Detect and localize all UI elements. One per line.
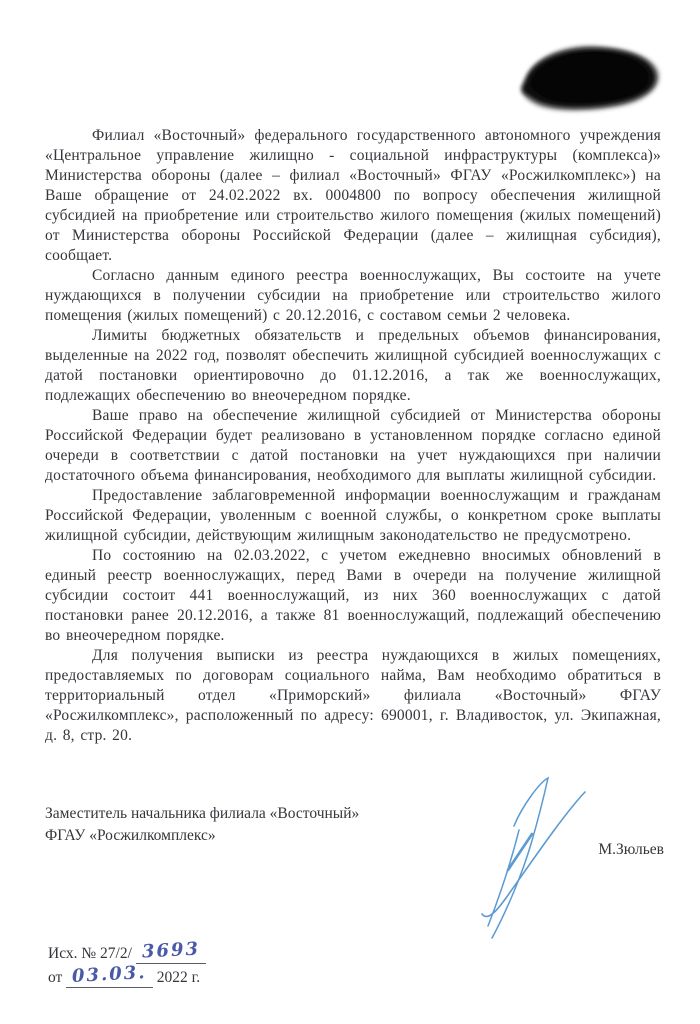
letter-paragraph: Ваше право на обеспечение жилищной субси…: [45, 406, 661, 486]
letter-paragraph: Для получения выписки из реестра нуждающ…: [45, 646, 661, 746]
outgoing-ref-block: Исх. № 27/2/ 3693 от 03.03. 2022 г.: [48, 942, 348, 990]
signature-stroke: [472, 766, 597, 946]
letter-paragraph: По состоянию на 02.03.2022, с учетом еже…: [45, 546, 661, 646]
outgoing-date-label: от: [48, 969, 62, 986]
letter-paragraph: Филиал «Восточный» федерального государс…: [45, 126, 661, 266]
outgoing-number-row: Исх. № 27/2/ 3693: [48, 942, 348, 966]
letter-page: Филиал «Восточный» федерального государс…: [0, 0, 700, 1024]
outgoing-number-label: Исх. № 27/2/: [48, 945, 132, 962]
letter-paragraph: Лимиты бюджетных обязательств и предельн…: [45, 326, 661, 406]
letter-paragraph: Согласно данным единого реестра военносл…: [45, 266, 661, 326]
outgoing-date-handwritten: 03.03.: [72, 965, 147, 985]
letter-paragraph: Предоставление заблаговременной информац…: [45, 486, 661, 546]
letter-body: Филиал «Восточный» федерального государс…: [45, 126, 661, 746]
outgoing-date-field: 03.03.: [66, 969, 153, 988]
outgoing-number-handwritten: 3693: [141, 941, 200, 960]
signer-name: М.Зюльев: [598, 841, 664, 859]
outgoing-number-field: 3693: [136, 945, 206, 964]
outgoing-date-row: от 03.03. 2022 г.: [48, 966, 348, 990]
redaction-mark: [500, 34, 672, 120]
outgoing-date-year: 2022 г.: [157, 969, 200, 986]
